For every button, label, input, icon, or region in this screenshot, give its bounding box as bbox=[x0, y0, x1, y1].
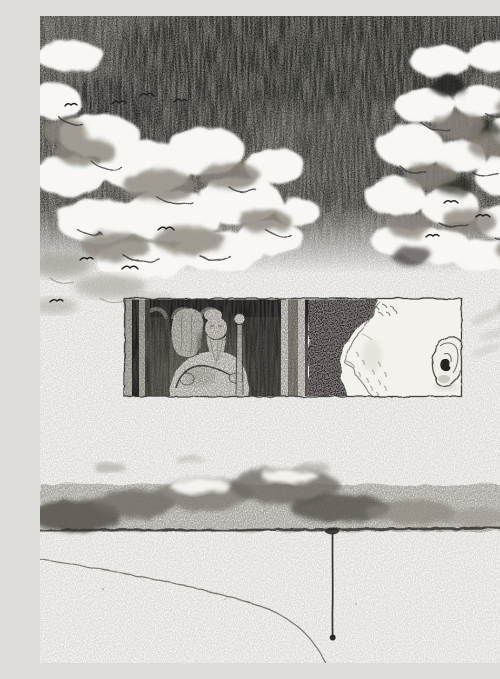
plumb-weight bbox=[330, 635, 336, 641]
storm-sky bbox=[40, 16, 500, 314]
panel-left-scene bbox=[125, 299, 309, 400]
pencil-drawing-artwork bbox=[40, 16, 500, 663]
panel-right-scene bbox=[308, 299, 464, 398]
inset-panel bbox=[125, 299, 464, 401]
